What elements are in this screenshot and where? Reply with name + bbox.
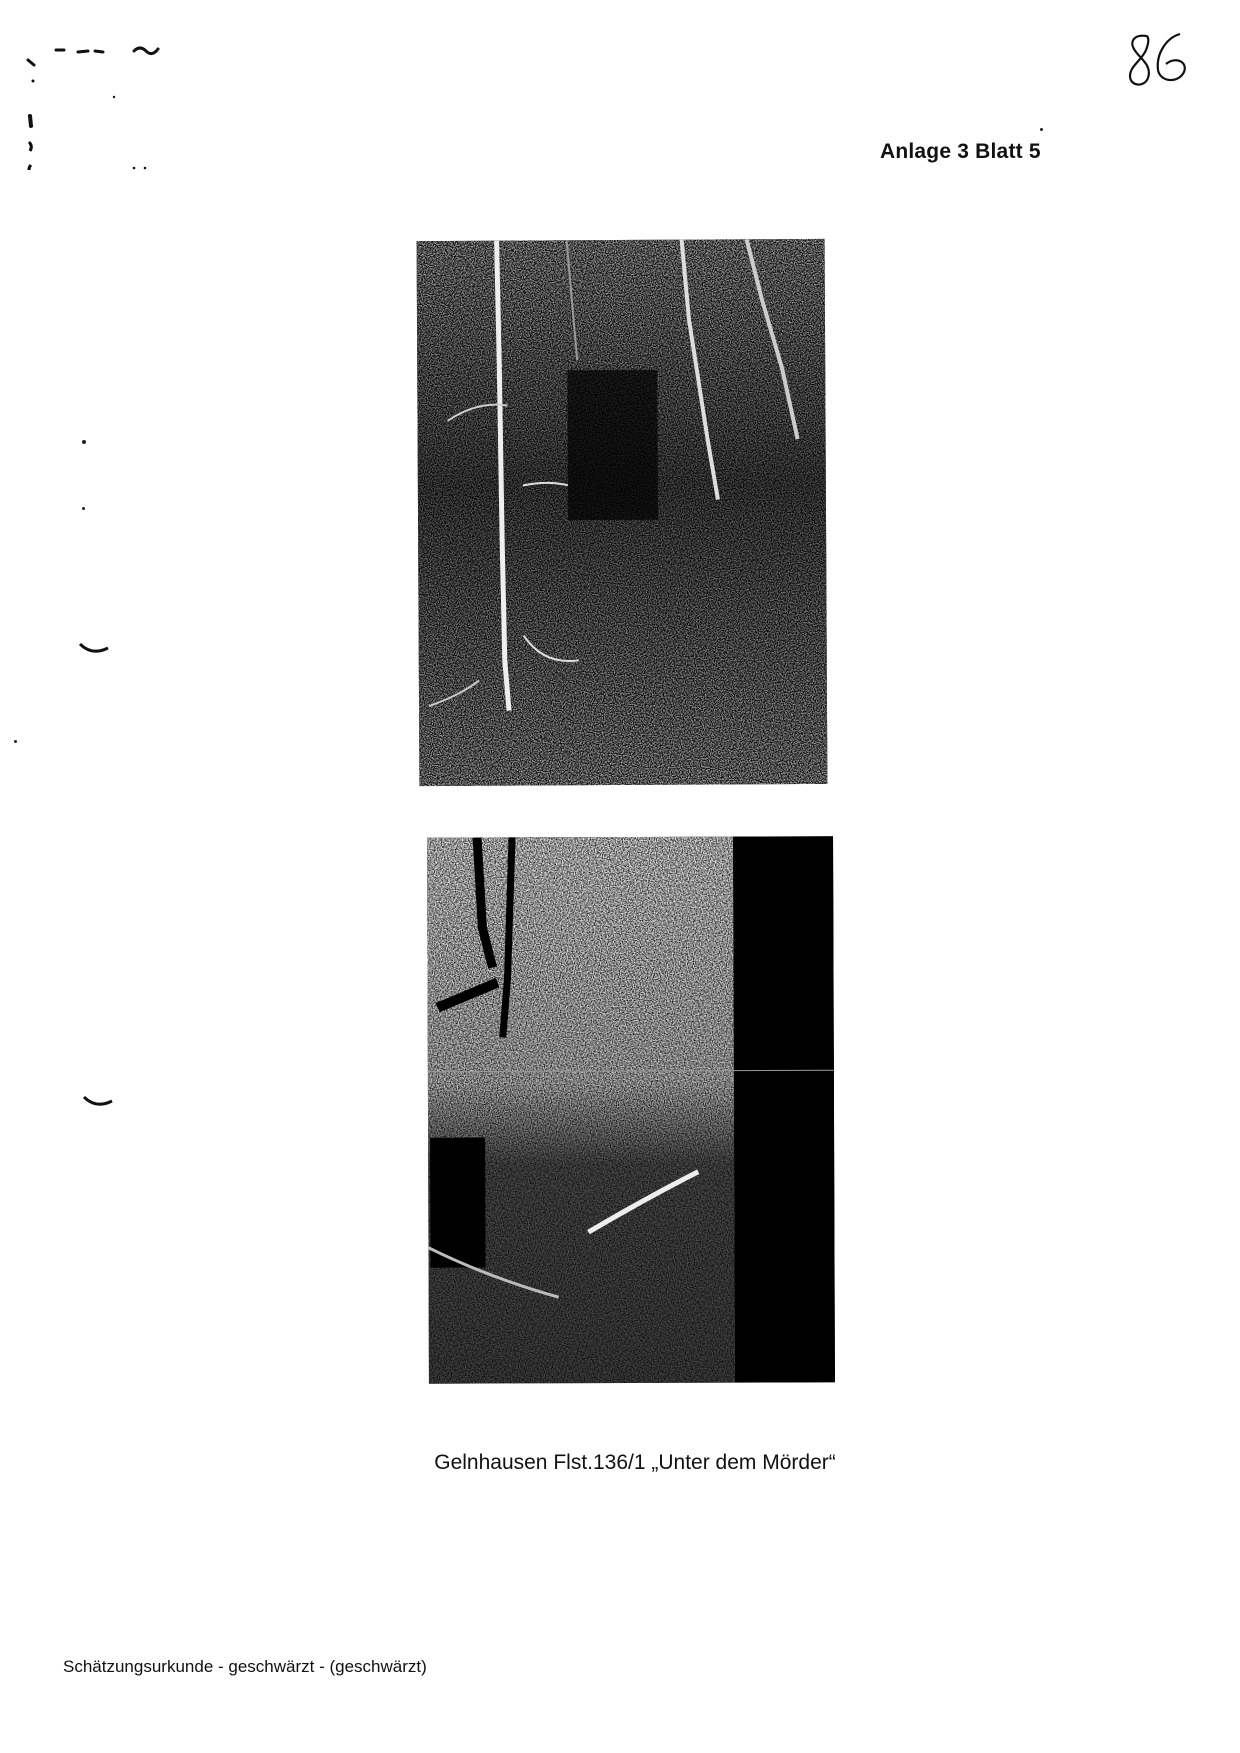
- forest-photo-1: [417, 239, 828, 786]
- photo-caption: Gelnhausen Flst.136/1 „Unter dem Mörder“: [0, 1451, 1240, 1475]
- punch-hole-mark-upper: [78, 640, 112, 660]
- handwritten-page-number: 86: [1122, 30, 1192, 92]
- scan-artifact-top-left: [20, 20, 170, 170]
- forest-photo-2: [427, 836, 835, 1383]
- scan-speck: [14, 740, 17, 743]
- scan-speck: [82, 440, 86, 444]
- punch-hole-mark-lower: [82, 1093, 116, 1113]
- document-heading: Anlage 3 Blatt 5: [880, 140, 1041, 164]
- scan-speck: [82, 507, 85, 510]
- document-footer: Schätzungsurkunde - geschwärzt - (geschw…: [63, 1657, 427, 1677]
- scan-speck: [1040, 128, 1043, 131]
